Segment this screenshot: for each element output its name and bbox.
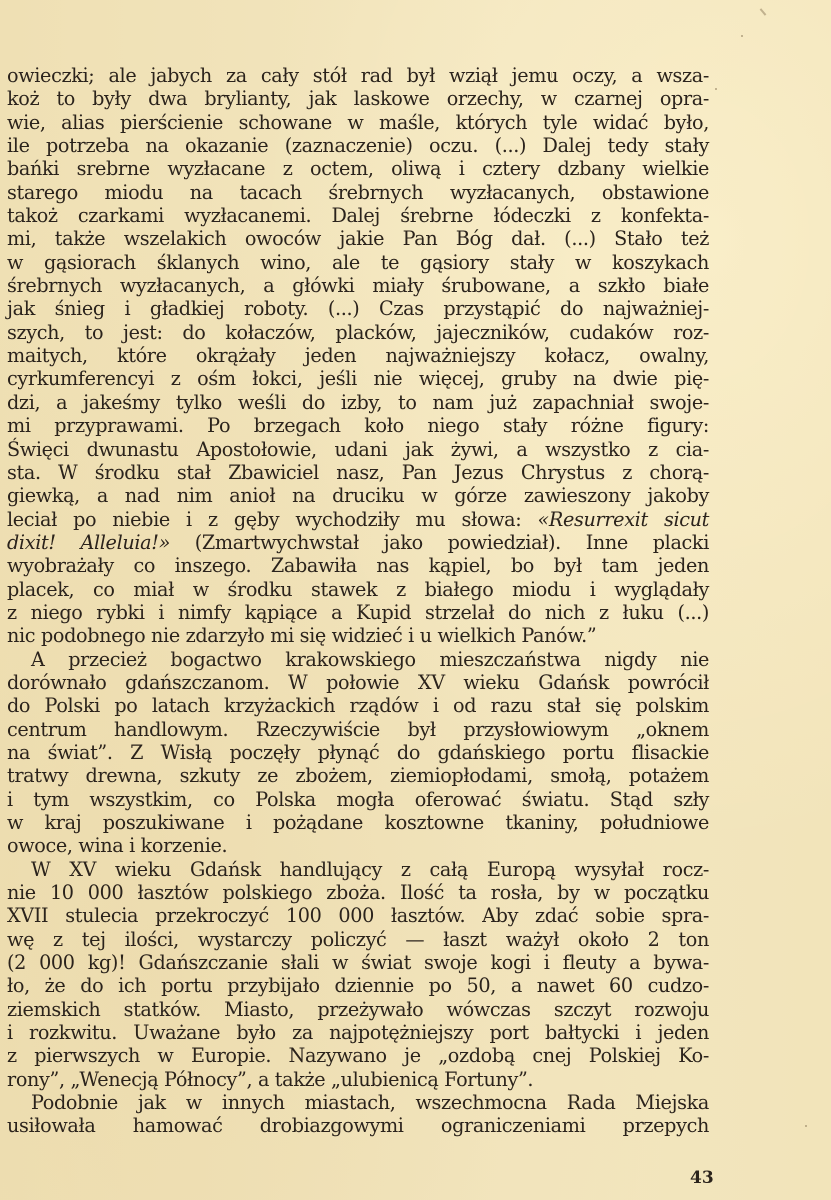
- text-line: nie 10 000 łasztów polskiego zboża. Iloś…: [7, 881, 709, 904]
- text-line: ło, że do ich portu przybijało dziennie …: [7, 974, 709, 997]
- text-line: wę z tej ilości, wystarczy policzyć — ła…: [7, 928, 709, 951]
- text-line: leciał po niebie i z gęby wychodziły mu …: [7, 508, 709, 531]
- text-line: w kraj poszukiwane i pożądane kosztowne …: [7, 811, 709, 834]
- text-line: owoce, wina i korzenie.: [7, 834, 709, 857]
- text-line: sta. W środku stał Zbawiciel nasz, Pan J…: [7, 461, 709, 484]
- body-text: owieczki; ale jabych za cały stół rad by…: [7, 64, 709, 1138]
- italic-quote: «Resurrexit sicut: [538, 508, 709, 531]
- text-line: wyobrażały co inszego. Zabawiła nas kąpi…: [7, 554, 709, 577]
- text-line: XVII stulecia przekroczyć 100 000 łasztó…: [7, 904, 709, 927]
- text-line: jak śnieg i gładkiej roboty. (...) Czas …: [7, 297, 709, 320]
- paper-speck: [741, 35, 743, 37]
- paper-speck: [551, 72, 552, 78]
- text-line: usiłowała hamować drobiazgowymi ogranicz…: [7, 1114, 709, 1137]
- text-line: mi przyprawami. Po brzegach koło niego s…: [7, 414, 709, 437]
- text-line: Święci dwunastu Apostołowie, udani jak ż…: [7, 438, 709, 461]
- text-line: takoż czarkami wyzłacanemi. Dalej śrebrn…: [7, 204, 709, 227]
- text-line: tratwy drewna, szkuty ze zbożem, ziemiop…: [7, 764, 709, 787]
- text-line: do Polski po latach krzyżackich rządów i…: [7, 694, 709, 717]
- text-line: owieczki; ale jabych za cały stół rad by…: [7, 64, 709, 87]
- text-line: rony”, „Wenecją Północy”, a także „ulubi…: [7, 1068, 709, 1091]
- text-line: cyrkumferencyi z ośm łokci, jeśli nie wi…: [7, 367, 709, 390]
- italic-quote: dixit! Alleluia!»: [7, 531, 170, 554]
- text-line: placek, co miał w środku stawek z białeg…: [7, 578, 709, 601]
- text-line: giewką, a nad nim anioł na druciku w gór…: [7, 484, 709, 507]
- text-line: bańki srebrne wyzłacane z octem, oliwą i…: [7, 157, 709, 180]
- paper-speck: [715, 88, 717, 90]
- text-line: starego miodu na tacach śrebrnych wyzłac…: [7, 181, 709, 204]
- text-line: Podobnie jak w innych miastach, wszechmo…: [7, 1091, 709, 1114]
- text-line: centrum handlowym. Rzeczywiście był przy…: [7, 718, 709, 741]
- text-line: wie, alias pierścienie schowane w maśle,…: [7, 111, 709, 134]
- text-line: W XV wieku Gdańsk handlujący z całą Euro…: [7, 858, 709, 881]
- text-run: leciał po niebie i z gęby wychodziły mu …: [7, 508, 538, 531]
- paper-speck: [805, 1125, 807, 1127]
- text-line: maitych, które okrążały jeden najważniej…: [7, 344, 709, 367]
- text-line: (2 000 kg)! Gdańszczanie słali w świat s…: [7, 951, 709, 974]
- text-line: dorównało gdańszczanom. W połowie XV wie…: [7, 671, 709, 694]
- text-line: ile potrzeba na okazanie (zaznaczenie) o…: [7, 134, 709, 157]
- text-line: z niego rybki i nimfy kąpiące a Kupid st…: [7, 601, 709, 624]
- text-line: mi, także wszelakich owoców jakie Pan Bó…: [7, 227, 709, 250]
- text-line: na świat”. Z Wisłą poczęły płynąć do gda…: [7, 741, 709, 764]
- text-line: w gąsiorach śklanych wino, ale te gąsior…: [7, 251, 709, 274]
- text-line: szych, to jest: do kołaczów, placków, ja…: [7, 321, 709, 344]
- text-run: (Zmartwychwstał jako powiedział). Inne p…: [170, 531, 709, 554]
- text-line: A przecież bogactwo krakowskiego mieszcz…: [7, 648, 709, 671]
- text-line: dzi, a jakeśmy tylko weśli do izby, to n…: [7, 391, 709, 414]
- text-line: ziemskich statków. Miasto, przeżywało wó…: [7, 998, 709, 1021]
- text-line: nic podobnego nie zdarzyło mi się widzie…: [7, 624, 709, 647]
- page-number: 43: [690, 1168, 714, 1188]
- text-line: i rozkwitu. Uważane było za najpotężniej…: [7, 1021, 709, 1044]
- text-line: koż to były dwa brylianty, jak laskowe o…: [7, 87, 709, 110]
- book-page: owieczki; ale jabych za cały stół rad by…: [0, 0, 831, 1200]
- paper-speck: [760, 8, 767, 15]
- text-line: z pierwszych w Europie. Nazywano je „ozd…: [7, 1044, 709, 1067]
- text-line: śrebrnych wyzłacanych, a główki miały śr…: [7, 274, 709, 297]
- text-line: i tym wszystkim, co Polska mogła oferowa…: [7, 788, 709, 811]
- text-line: dixit! Alleluia!» (Zmartwychwstał jako p…: [7, 531, 709, 554]
